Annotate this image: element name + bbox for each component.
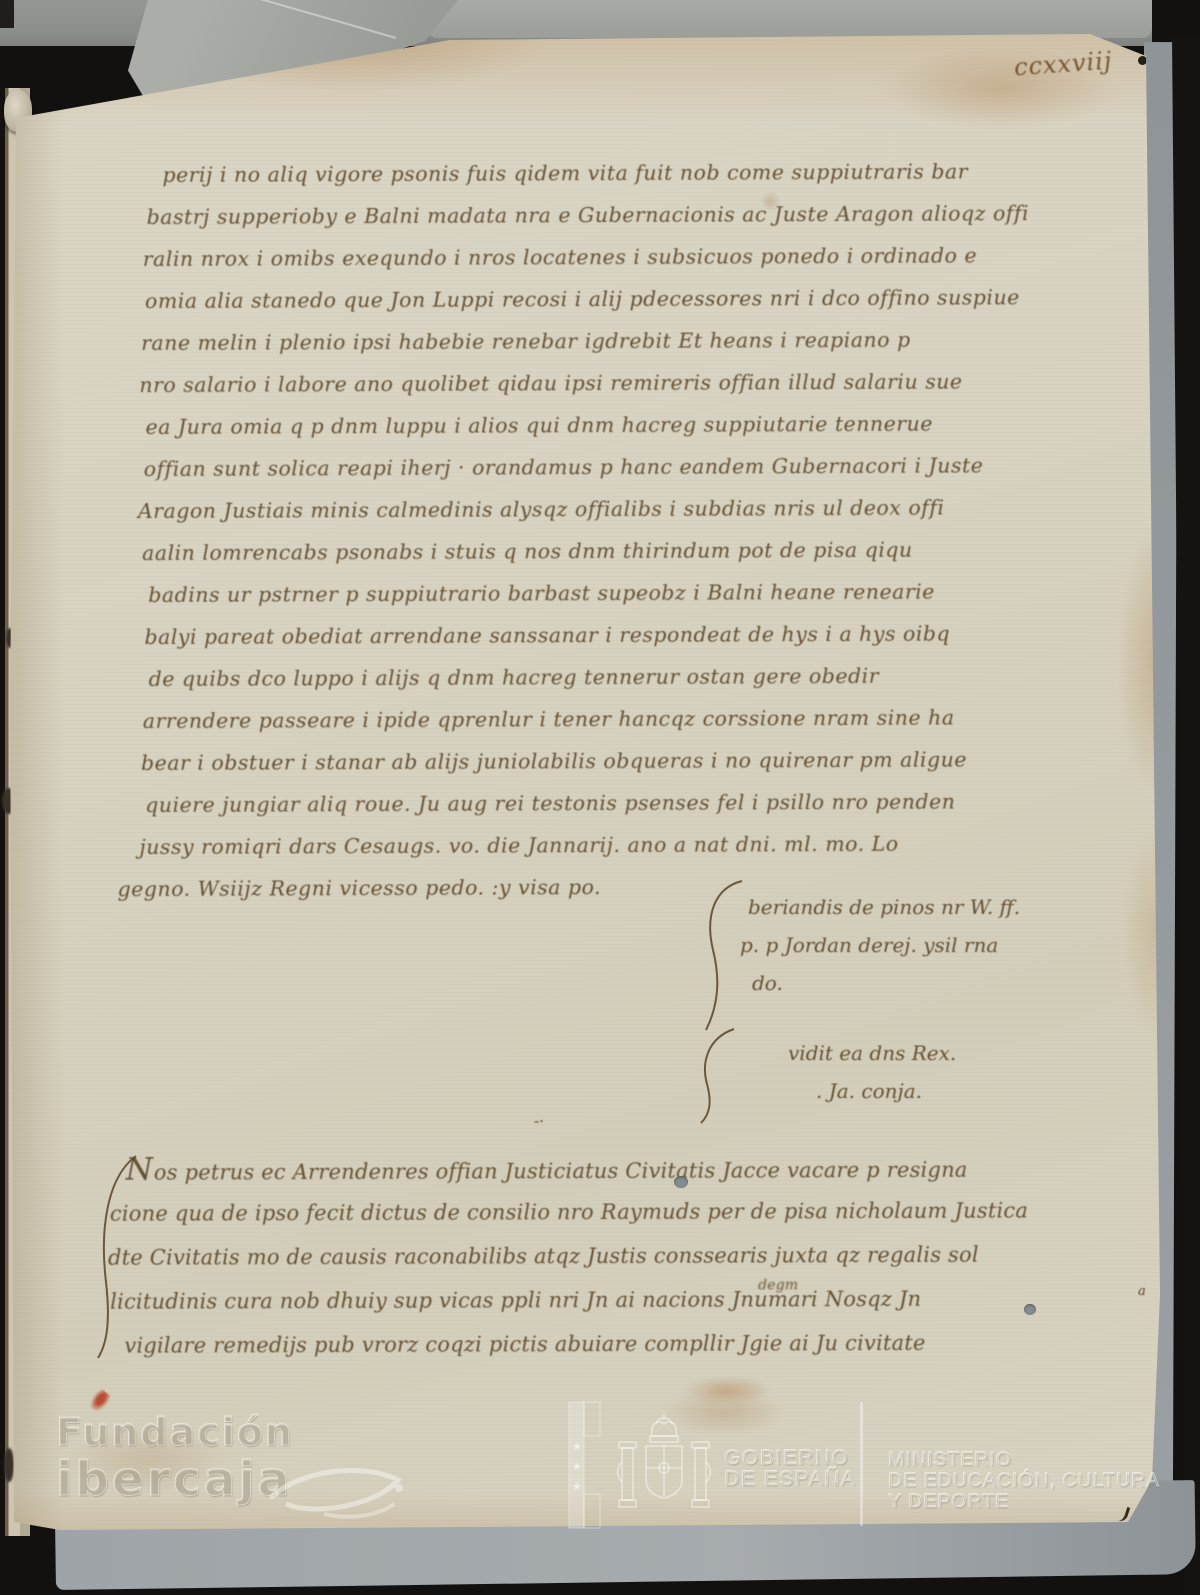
flourish-mark: -· <box>534 1112 544 1130</box>
ministerio-line2: DE EDUCACIÓN, CULTURA <box>888 1470 1160 1491</box>
manuscript-line: dte Civitatis mo de causis raconabilibs … <box>108 1232 1088 1279</box>
tissue-paper-strip <box>430 0 1152 38</box>
manuscript-line: jussy romiqri dars Cesaugs. vo. die Jann… <box>139 822 1051 868</box>
gobierno-line1: GOBIERNO <box>724 1447 856 1468</box>
signature-line: p. p Jordan derej. ysil rna <box>740 926 1020 964</box>
folio-number: ccxxviij <box>1013 47 1113 82</box>
brown-smudge <box>682 1376 772 1404</box>
ministerio-watermark: MINISTERIO DE EDUCACIÓN, CULTURA Y DEPOR… <box>888 1449 1160 1512</box>
paper-hole <box>1024 1304 1036 1315</box>
parchment-page: ccxxviij perij i no aliq vigore psonis f… <box>10 28 1162 1536</box>
signature-block-1: beriandis de pinos nr W. ff. p. p Jordan… <box>748 888 1020 1002</box>
paper-hole <box>674 1176 688 1188</box>
signature-brace-icon <box>698 1026 738 1126</box>
watermark-divider <box>860 1402 863 1526</box>
ibercaja-watermark-line2: ibercaja <box>56 1452 292 1507</box>
manuscript-line: badins ur pstrner p suppiutrario barbast… <box>148 570 1050 616</box>
ibercaja-watermark-line1: Fundación <box>56 1410 294 1454</box>
paper-hole <box>1138 56 1147 65</box>
manuscript-line: vigilare remedijs pub vrorz coqzi pictis… <box>124 1320 1088 1367</box>
background-right-band <box>1172 36 1200 1595</box>
svg-text:★: ★ <box>572 1460 582 1473</box>
spain-coat-of-arms-icon <box>614 1410 714 1522</box>
manuscript-line: bastrj supperioby e Balni madata nra e G… <box>147 192 1049 238</box>
manuscript-line: offian sunt solica reapi iherj · orandam… <box>144 444 1050 490</box>
signature-line: . Ja. conja. <box>816 1072 956 1110</box>
manuscript-line: os petrus ec Arrendenres offian Justicia… <box>154 1158 968 1185</box>
signature-line: vidit ea dns Rex. <box>788 1034 956 1072</box>
manuscript-scan: ccxxviij perij i no aliq vigore psonis f… <box>0 0 1200 1595</box>
signature-line: beriandis de pinos nr W. ff. <box>748 888 1020 926</box>
manuscript-line: Aragon Justiais minis calmedinis alysqz … <box>138 486 1050 532</box>
manuscript-line: ralin nrox i omibs exequndo i nros locat… <box>143 234 1049 280</box>
manuscript-line: licitudinis cura nob dhuiy sup vicas ppl… <box>110 1276 1088 1323</box>
background-corner <box>0 0 14 28</box>
manuscript-line: de quibs dco luppo i alijs q dnm hacreg … <box>149 654 1051 700</box>
ibercaja-swoosh-icon <box>266 1444 406 1528</box>
svg-text:★: ★ <box>572 1440 582 1453</box>
manuscript-line: perij i no aliq vigore psonis fuis qidem… <box>162 150 1048 196</box>
interline-note: degm <box>758 1263 798 1307</box>
main-text-block: perij i no aliq vigore psonis fuis qidem… <box>148 150 1051 910</box>
paragraph-initial: N <box>126 1152 154 1188</box>
margin-mark: a <box>1138 1284 1146 1299</box>
manuscript-line: ea Jura omia q p dnm luppu i alios qui d… <box>145 402 1049 448</box>
gobierno-watermark: GOBIERNO DE ESPAÑA <box>724 1447 856 1489</box>
manuscript-line: quiere jungiar aliq roue. Ju aug rei tes… <box>145 780 1051 826</box>
binding-stitch <box>4 1448 14 1482</box>
manuscript-line: bear i obstuer i stanar ab alijs juniola… <box>141 738 1051 784</box>
manuscript-line: nro salario i labore ano quolibet qidau … <box>139 360 1049 406</box>
manuscript-line: rane melin i plenio ipsi habebie renebar… <box>141 318 1049 364</box>
manuscript-line: arrendere passeare i ipide qprenlur i te… <box>143 696 1051 742</box>
svg-text:★: ★ <box>572 1480 582 1493</box>
manuscript-line: omia alia stanedo que Jon Luppi recosi i… <box>145 276 1049 322</box>
manuscript-line: aalin lomrencabs psonabs i stuis q nos d… <box>142 528 1050 574</box>
closing-paragraph: Nos petrus ec Arrendenres offian Justici… <box>108 1144 1089 1367</box>
manuscript-line: balyi pareat obediat arrendane sanssanar… <box>144 612 1050 658</box>
ministerio-line1: MINISTERIO <box>888 1449 1160 1470</box>
gobierno-line2: DE ESPAÑA <box>724 1468 856 1489</box>
manuscript-line: cione qua de ipso fecit dictus de consil… <box>110 1188 1088 1235</box>
ministerio-line3: Y DEPORTE <box>888 1491 1160 1512</box>
signature-block-2: vidit ea dns Rex. . Ja. conja. <box>788 1034 956 1110</box>
signature-line: do. <box>752 964 1020 1002</box>
flag-ribbon-icon: ★ ★ ★ <box>564 1400 612 1530</box>
